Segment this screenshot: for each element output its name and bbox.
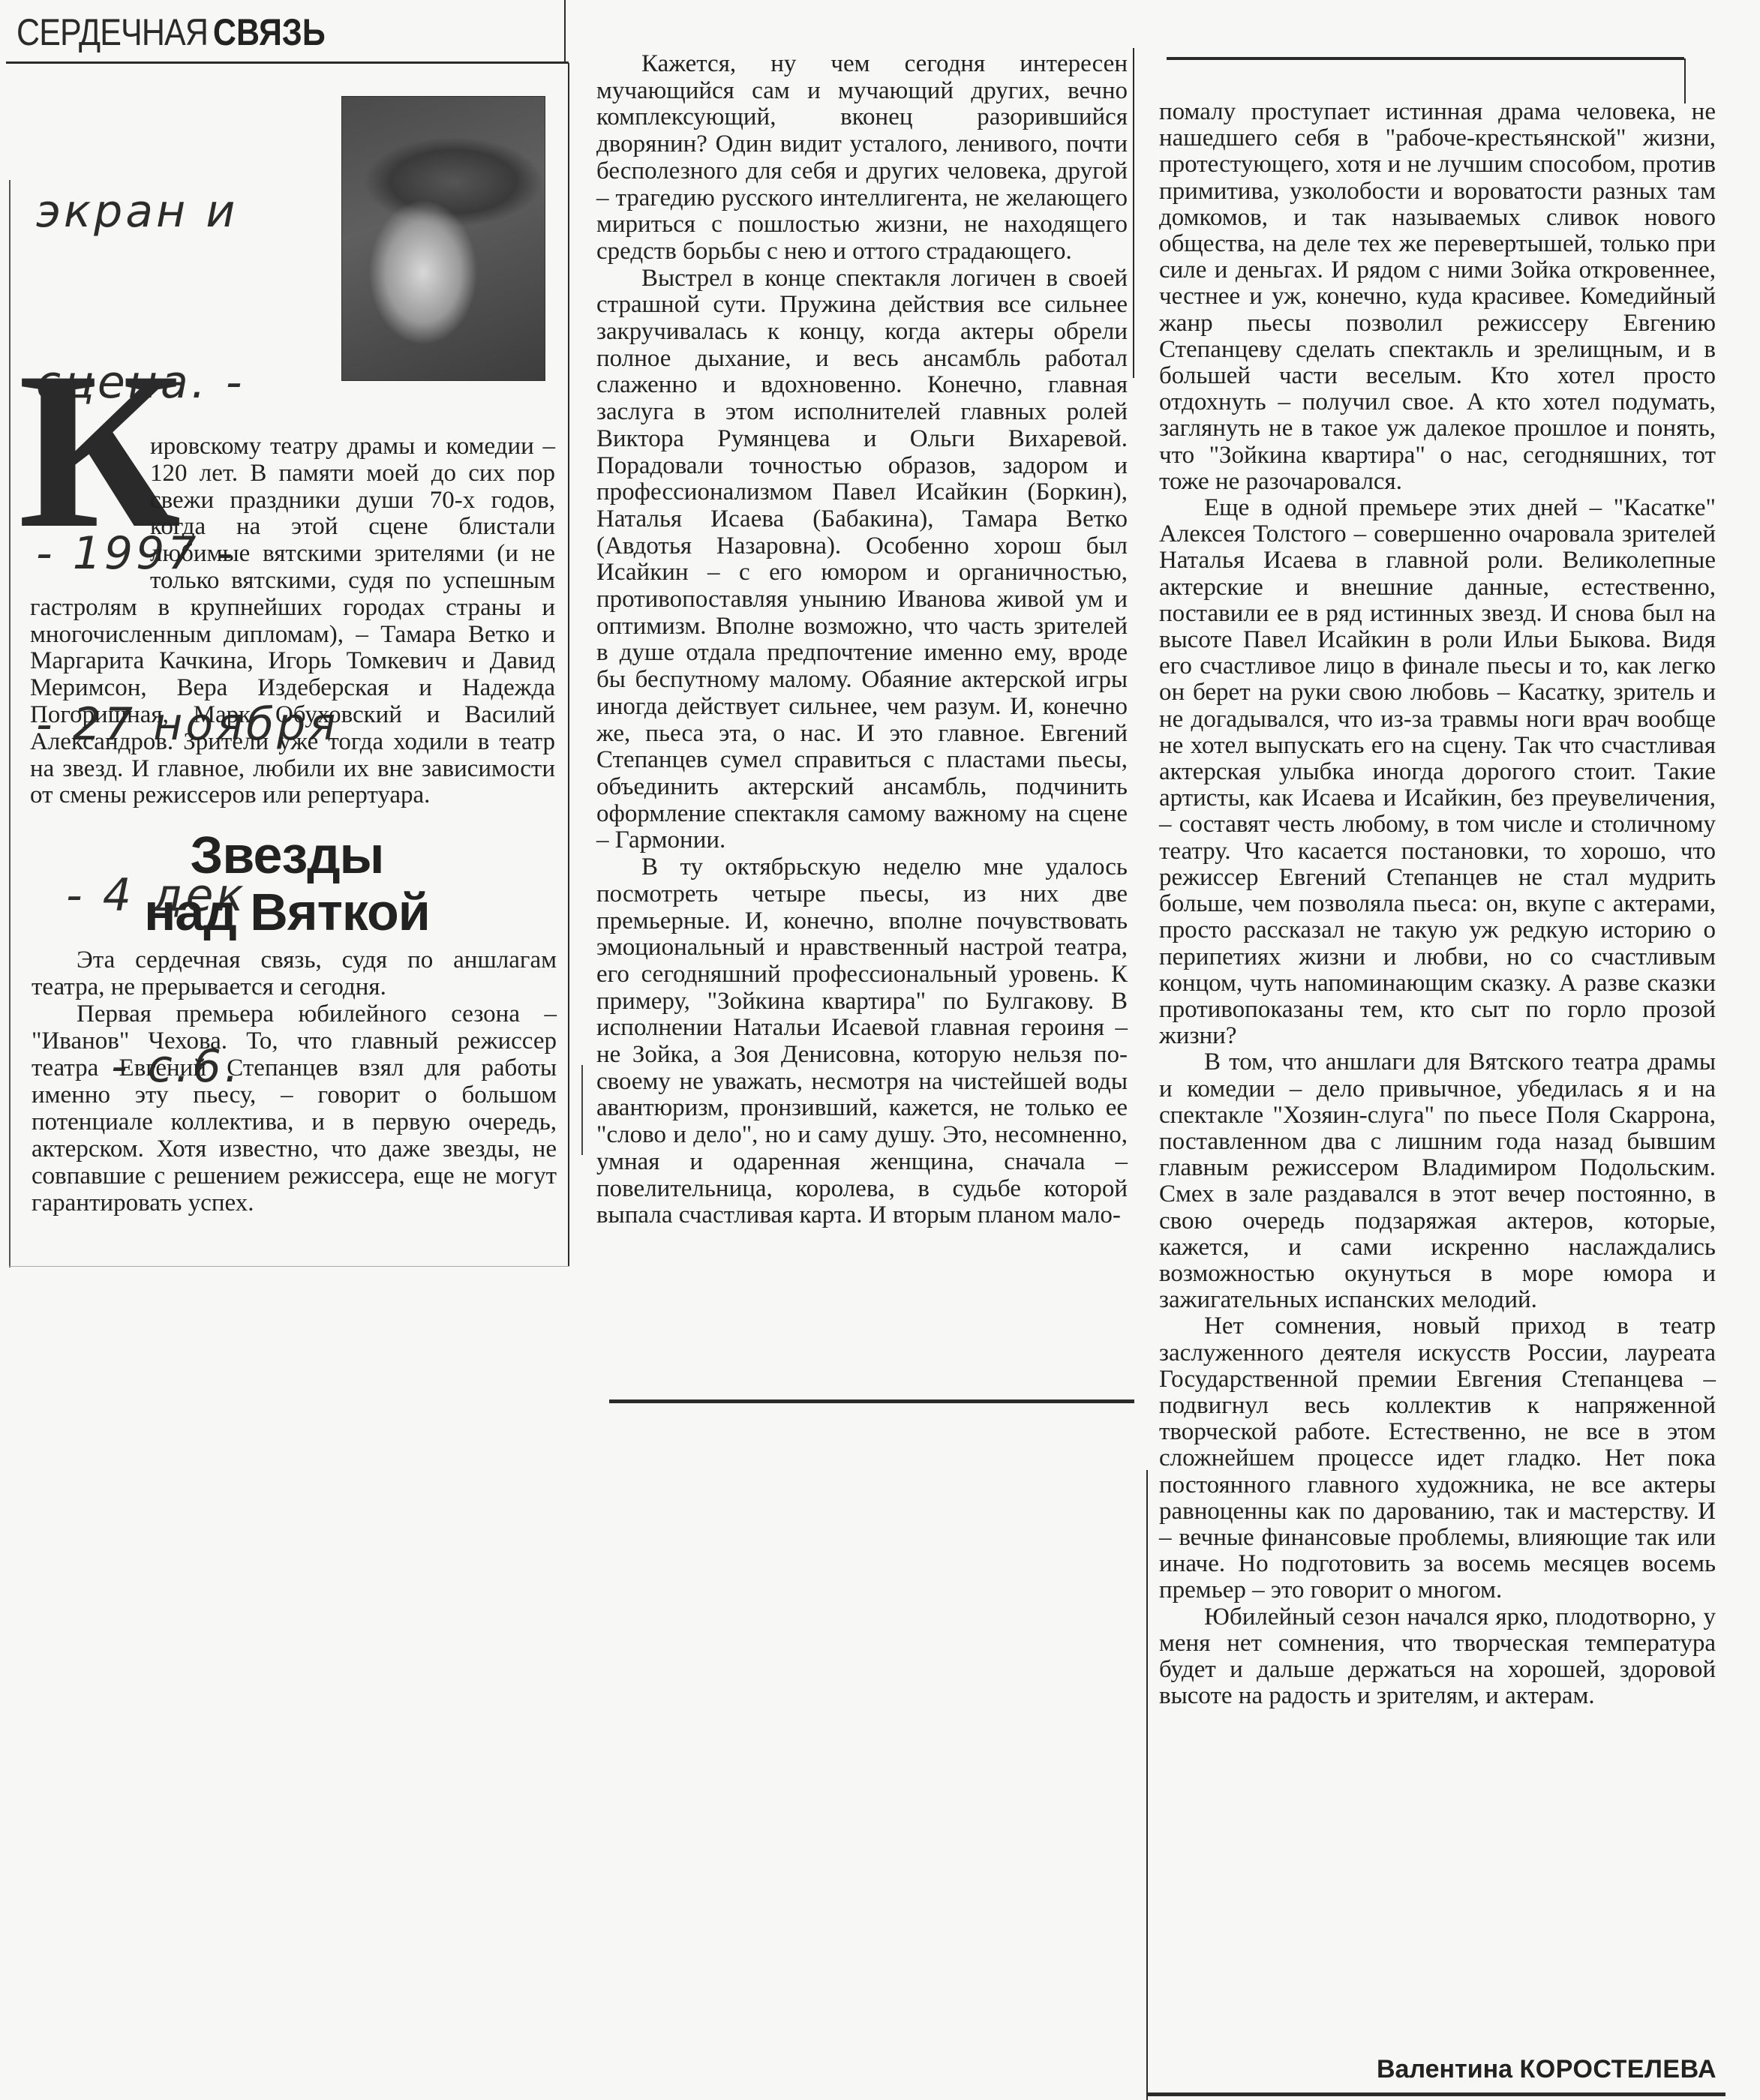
author-signature: Валентина КОРОСТЕЛЕВА [1377,2055,1716,2084]
paragraph: В том, что аншлаги для Вятского театра д… [1159,1049,1716,1313]
left-column-right-border [568,63,569,1266]
left-column-bottom-rule [9,1266,569,1267]
bottom-rule [1148,2092,1725,2096]
middle-column-bottom-rule [609,1399,1134,1403]
left-column-intro: ировскому театру драмы и комедии – 120 л… [30,433,555,809]
middle-column-left-border [581,1065,583,1155]
right-column-top-rule [1167,57,1684,60]
right-column: помалу проступает истинная драма человек… [1159,99,1716,1709]
author-first-name: Валентина [1377,2055,1512,2083]
right-column-left-border [1146,1470,1148,2100]
article-headline: Звезды над Вяткой [15,829,559,938]
header-rule [6,61,569,64]
middle-column: Кажется, ну чем сегодня интересен мучающ… [596,51,1128,1229]
headline-line-1: Звезды [15,829,559,881]
paragraph: Нет сомнения, новый приход в театр заслу… [1159,1313,1716,1603]
paragraph: Еще в одной премьере этих дней – "Касатк… [1159,495,1716,1049]
header-right-rule [564,0,566,63]
author-last-name: КОРОСТЕЛЕВА [1520,2055,1716,2083]
rubric-light: СЕРДЕЧНАЯ [17,11,208,53]
left-column-left-border [9,180,11,1267]
paragraph: Первая премьера юбилейного сезона – "Ива… [32,1000,557,1216]
headline-line-2: над Вяткой [15,886,559,938]
paragraph: Юбилейный сезон начался ярко, плодотворн… [1159,1604,1716,1710]
paragraph: Кажется, ну чем сегодня интересен мучающ… [596,51,1128,265]
middle-column-right-border [1133,48,1134,378]
paragraph: Эта сердечная связь, судя по аншлагам те… [32,946,557,1000]
rubric-bold: СВЯЗЬ [213,11,326,53]
left-column-body: Эта сердечная связь, судя по аншлагам те… [32,946,557,1216]
paragraph: В ту октябрьскую неделю мне удалось посм… [596,854,1128,1229]
portrait-photo [341,96,545,381]
handwritten-line: экран и [36,183,351,240]
paragraph: помалу проступает истинная драма человек… [1159,99,1716,495]
right-column-right-border [1684,58,1686,103]
drop-cap-spacer [30,433,150,568]
paragraph: Выстрел в конце спектакля логичен в свое… [596,265,1128,854]
section-rubric: СЕРДЕЧНАЯСВЯЗЬ [17,6,326,58]
